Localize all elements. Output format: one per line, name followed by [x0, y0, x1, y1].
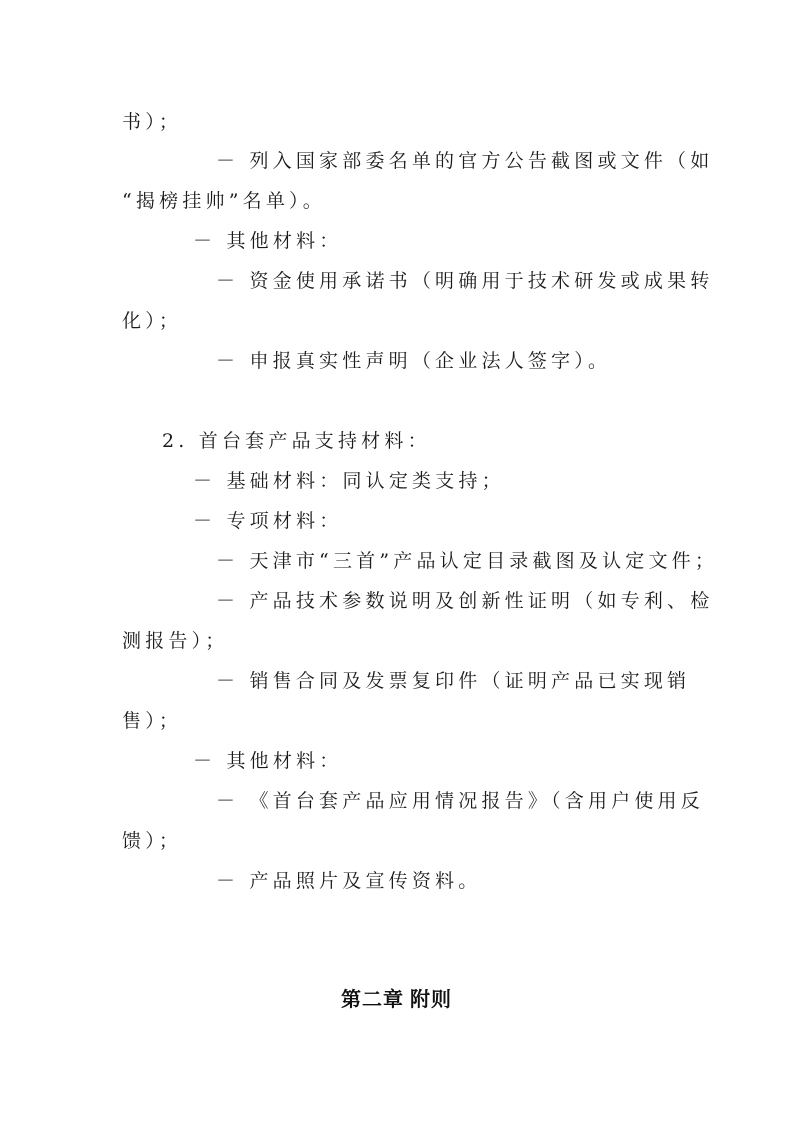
list-item-sales-contracts: － 销售合同及发票复印件（证明产品已实现销 — [216, 661, 674, 701]
text-line-continuation: 测报告）； — [122, 621, 674, 661]
list-item-basic-materials: － 基础材料：同认定类支持； — [193, 461, 674, 501]
list-item-application-report: － 《首台套产品应用情况报告》（含用户使用反 — [216, 781, 674, 821]
text-line-continuation: “揭榜挂帅”名单）。 — [122, 181, 674, 221]
chapter-heading: 第二章 附则 — [0, 980, 793, 1020]
list-item-tianjin-catalog: － 天津市“三首”产品认定目录截图及认定文件； — [216, 541, 674, 581]
text-line-continuation: 售）； — [122, 701, 674, 741]
list-item-technical-parameters: － 产品技术参数说明及创新性证明（如专利、检 — [216, 581, 674, 621]
list-item-product-photos: － 产品照片及宣传资料。 — [216, 861, 674, 901]
list-item-fund-commitment: － 资金使用承诺书（明确用于技术研发或成果转 — [216, 261, 674, 301]
text-line-continuation: 化）； — [122, 301, 674, 341]
text-line-continuation: 馈）； — [122, 821, 674, 861]
list-heading-other-materials: － 其他材料： — [193, 741, 674, 781]
section-heading-first-set-product: 2. 首台套产品支持材料： — [162, 421, 674, 461]
list-item-authenticity-statement: － 申报真实性声明（企业法人签字）。 — [216, 341, 674, 381]
list-item-ministry-announcement: － 列入国家部委名单的官方公告截图或文件（如 — [216, 141, 674, 181]
list-heading-other-materials: － 其他材料： — [193, 221, 674, 261]
text-line-continuation: 书）； — [122, 102, 674, 142]
document-page: 书）； － 列入国家部委名单的官方公告截图或文件（如 “揭榜挂帅”名单）。 － … — [0, 0, 793, 1122]
list-heading-special-materials: － 专项材料： — [193, 501, 674, 541]
